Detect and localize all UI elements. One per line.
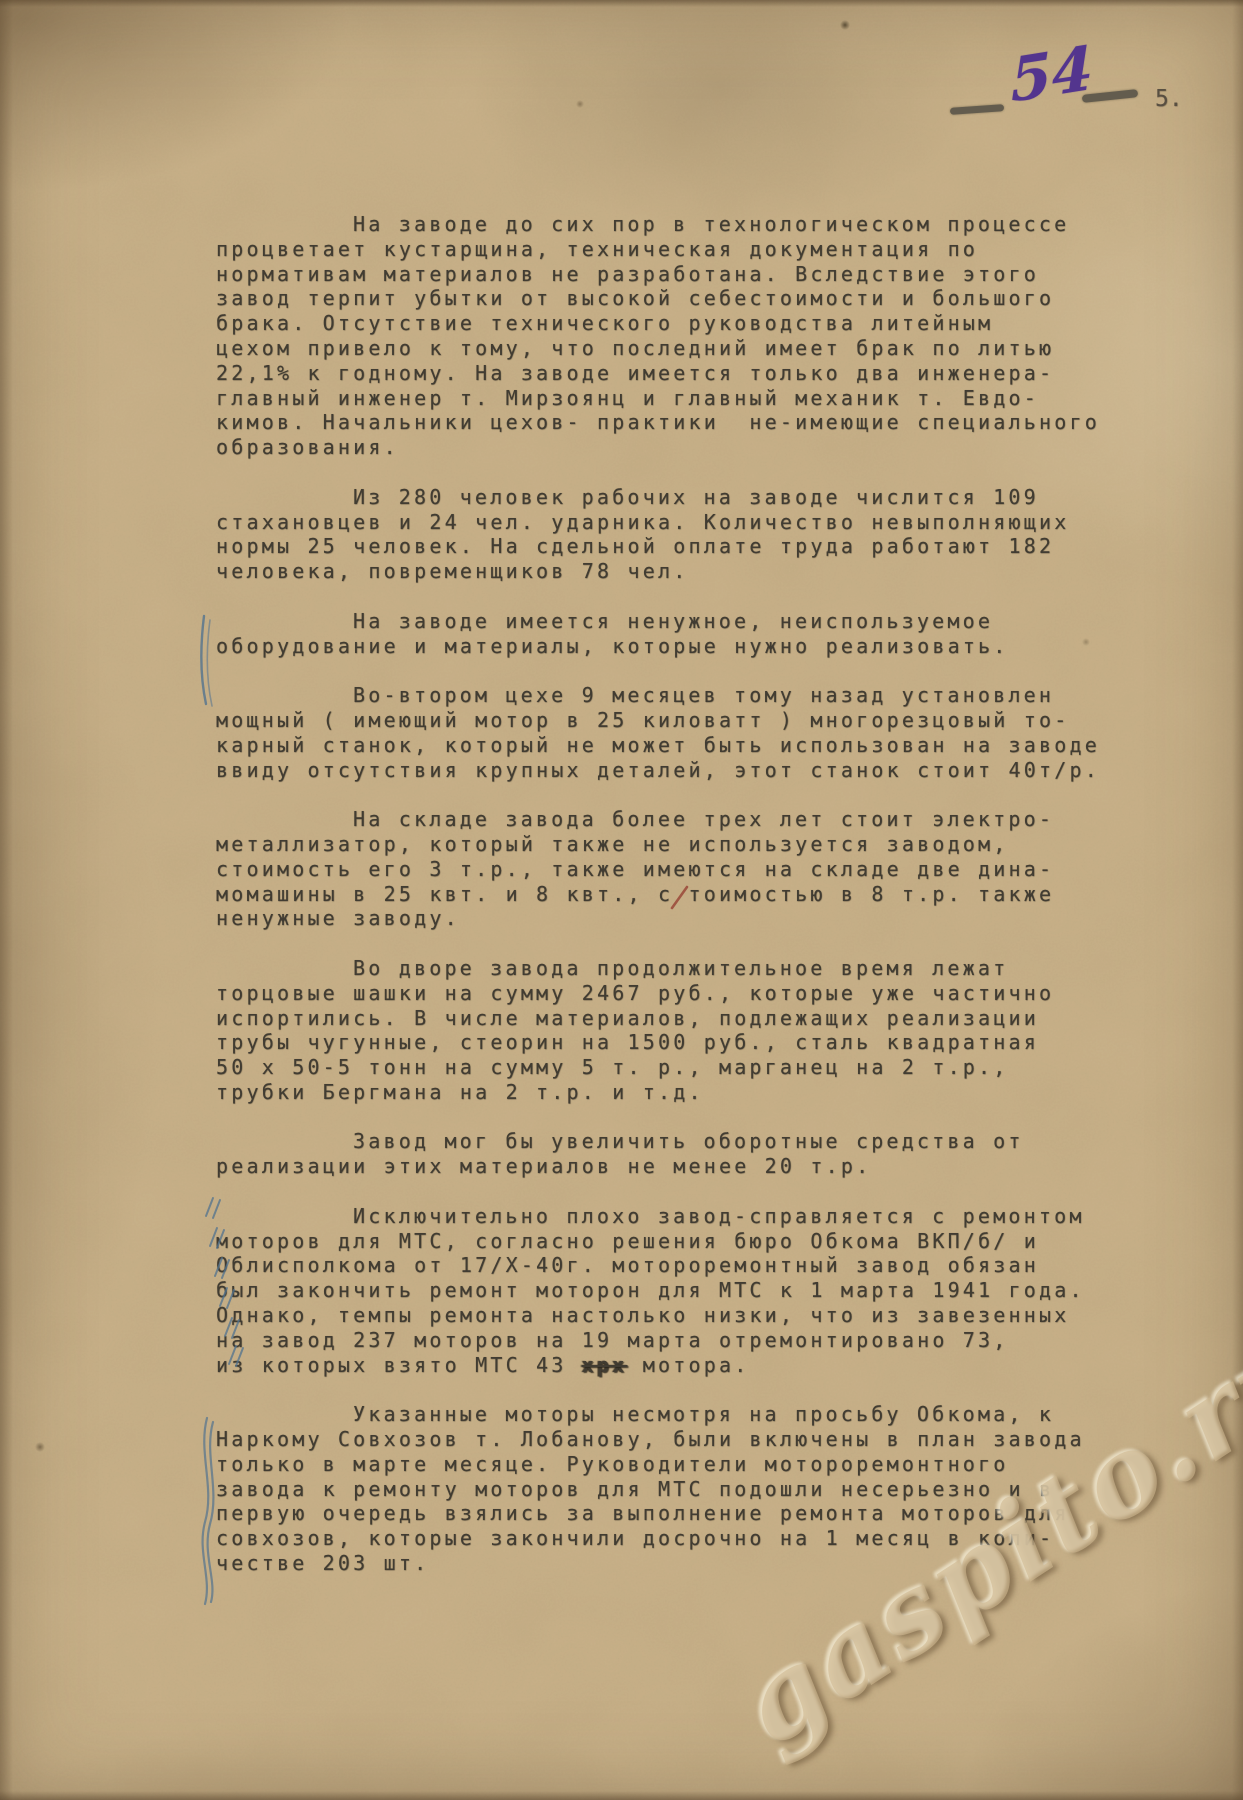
margin-mark-vertical-line: [201, 616, 206, 704]
text-line: Завод мог бы увеличить оборотные средств…: [216, 1129, 1128, 1154]
text-line: кимов. Начальники цехов- практики не-име…: [216, 410, 1128, 435]
text-line: металлизатор, который также не используе…: [216, 832, 1128, 857]
text-line: цехом привело к тому, что последний имее…: [216, 336, 1128, 361]
text-line: процветает кустарщина, техническая докум…: [216, 237, 1128, 262]
handwritten-page-number: 54: [1009, 33, 1094, 117]
paragraph: Во дворе завода продолжительное время ле…: [216, 956, 1128, 1105]
text-line: 22,1% к годному. На заводе имеется тольк…: [216, 361, 1128, 386]
text-line: На заводе имеется ненужное, неиспользуем…: [216, 609, 1128, 634]
text-line: торцовые шашки на сумму 2467 руб., котор…: [216, 981, 1128, 1006]
text-line: нормативам материалов не разработана. Вс…: [216, 262, 1128, 287]
text-line: ненужные заводу.: [216, 906, 1128, 931]
text-line: на завод 237 моторов на 19 марта отремон…: [216, 1328, 1128, 1353]
text-line: Наркому Совхозов т. Лобанову, были включ…: [216, 1427, 1128, 1452]
text-line: На складе завода более трех лет стоит эл…: [216, 807, 1128, 832]
text-line: Из 280 человек рабочих на заводе числитс…: [216, 485, 1128, 510]
paragraph: Завод мог бы увеличить оборотные средств…: [216, 1129, 1128, 1179]
page-header: 54 5.: [930, 48, 1210, 138]
struck-out-text: хрх: [582, 1353, 628, 1377]
scanned-document-page: 54 5. На заводе до сих пор в технологиче…: [0, 0, 1243, 1800]
text-line: Во-втором цехе 9 месяцев тому назад уста…: [216, 683, 1128, 708]
text-line: мощный ( имеющий мотор в 25 киловатт ) м…: [216, 708, 1128, 733]
text-line: Во дворе завода продолжительное время ле…: [216, 956, 1128, 981]
margin-mark-vertical-line-2: [207, 620, 212, 706]
text-line: главный инженер т. Мирзоянц и главный ме…: [216, 386, 1128, 411]
text-line: Однако, темпы ремонта настолько низки, ч…: [216, 1303, 1128, 1328]
paragraph: На заводе до сих пор в технологическом п…: [216, 212, 1128, 460]
text-line: завод терпит убытки от высокой себестоим…: [216, 286, 1128, 311]
text-line: оборудование и материалы, которые нужно …: [216, 634, 1128, 659]
text-line: ввиду отсутствия крупных деталей, этот с…: [216, 758, 1128, 783]
typed-page-number: 5.: [1155, 86, 1183, 112]
text-line: из которых взято МТС 43 хрх мотора.: [216, 1353, 1128, 1378]
text-line: стахановцев и 24 чел. ударника. Количест…: [216, 510, 1128, 535]
text-line: испортились. В числе материалов, подлежа…: [216, 1006, 1128, 1031]
text-line: был закончить ремонт моторон для МТС к 1…: [216, 1278, 1128, 1303]
text-line: На заводе до сих пор в технологическом п…: [216, 212, 1128, 237]
text-line: трубки Бергмана на 2 т.р. и т.д.: [216, 1080, 1128, 1105]
text-line: Указанные моторы несмотря на просьбу Обк…: [216, 1402, 1128, 1427]
text-line: реализации этих материалов не менее 20 т…: [216, 1154, 1128, 1179]
paragraph: Из 280 человек рабочих на заводе числитс…: [216, 485, 1128, 584]
text-line: 50 х 50-5 тонн на сумму 5 т. р., маргане…: [216, 1055, 1128, 1080]
document-body: На заводе до сих пор в технологическом п…: [216, 212, 1128, 1601]
text-line: Исключительно плохо завод-справляется с …: [216, 1204, 1128, 1229]
paragraph: На складе завода более трех лет стоит эл…: [216, 807, 1128, 931]
paragraph: Во-втором цехе 9 месяцев тому назад уста…: [216, 683, 1128, 782]
text-line: моторов для МТС, согласно решения бюро О…: [216, 1229, 1128, 1254]
pencil-dash-left: [950, 104, 1004, 115]
text-line: человека, повременщиков 78 чел.: [216, 559, 1128, 584]
text-line: трубы чугунные, стеорин на 1500 руб., ст…: [216, 1030, 1128, 1055]
text-line: момашины в 25 квт. и 8 квт., с тоимостью…: [216, 882, 1128, 907]
text-line: только в марте месяце. Руководители мото…: [216, 1452, 1128, 1477]
text-line: карный станок, который не может быть исп…: [216, 733, 1128, 758]
margin-mark-squiggle-bracket: [203, 1418, 214, 1604]
text-line: стоимость его 3 т.р., также имеются на с…: [216, 857, 1128, 882]
text-line: брака. Отсутствие технического руководст…: [216, 311, 1128, 336]
paragraph: Исключительно плохо завод-справляется с …: [216, 1204, 1128, 1378]
text-line: нормы 25 человек. На сдельной оплате тру…: [216, 534, 1128, 559]
paragraph: На заводе имеется ненужное, неиспользуем…: [216, 609, 1128, 659]
text-line: Облисполкома от 17/X-40г. мотороремонтны…: [216, 1253, 1128, 1278]
text-line: образования.: [216, 435, 1128, 460]
